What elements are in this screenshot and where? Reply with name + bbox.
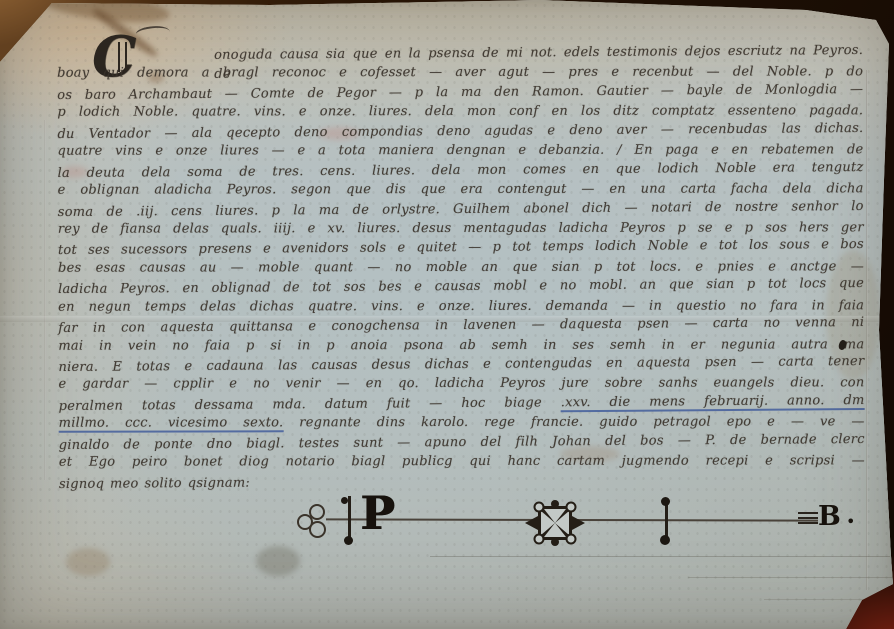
- manuscript-photo: C onoguda causa sia que en la psensa de …: [0, 0, 894, 629]
- edge-vignette: [0, 0, 894, 629]
- parchment-sheet: C onoguda causa sia que en la psensa de …: [0, 0, 894, 629]
